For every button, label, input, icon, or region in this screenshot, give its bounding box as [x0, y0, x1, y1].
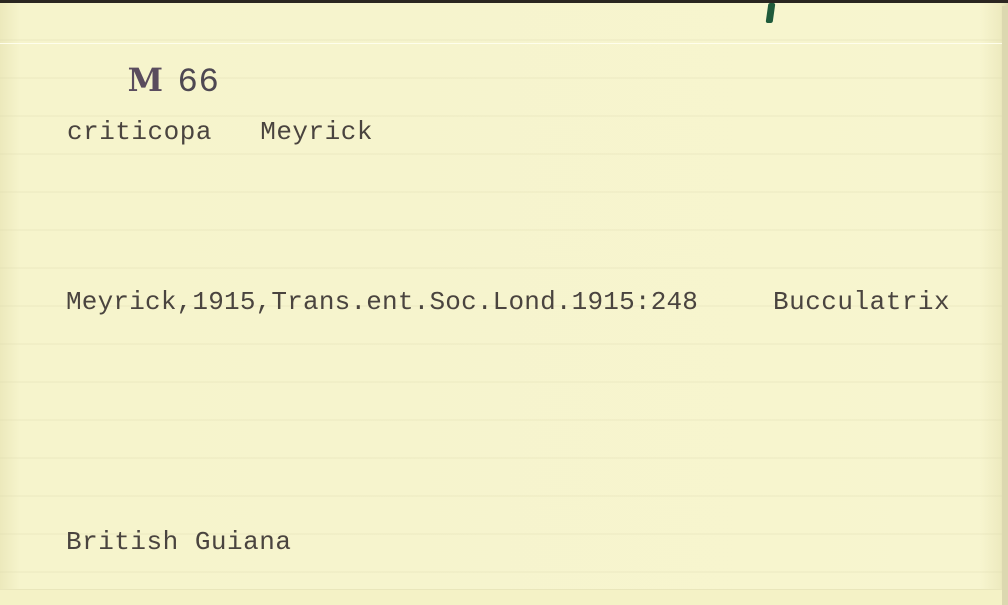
locality: British Guiana: [66, 527, 291, 557]
card-bottom-edge: [0, 589, 1008, 605]
green-tab-mark: [766, 3, 776, 23]
index-card: M66 criticopa Meyrick Meyrick,1915,Trans…: [0, 3, 1008, 605]
call-number-prefix: M: [128, 61, 164, 99]
card-right-edge: [1002, 6, 1008, 605]
call-number-value: 66: [178, 64, 220, 102]
species-name: criticopa Meyrick: [67, 117, 373, 147]
citation: Meyrick,1915,Trans.ent.Soc.Lond.1915:248: [66, 287, 698, 317]
genus: Bucculatrix: [773, 287, 950, 317]
